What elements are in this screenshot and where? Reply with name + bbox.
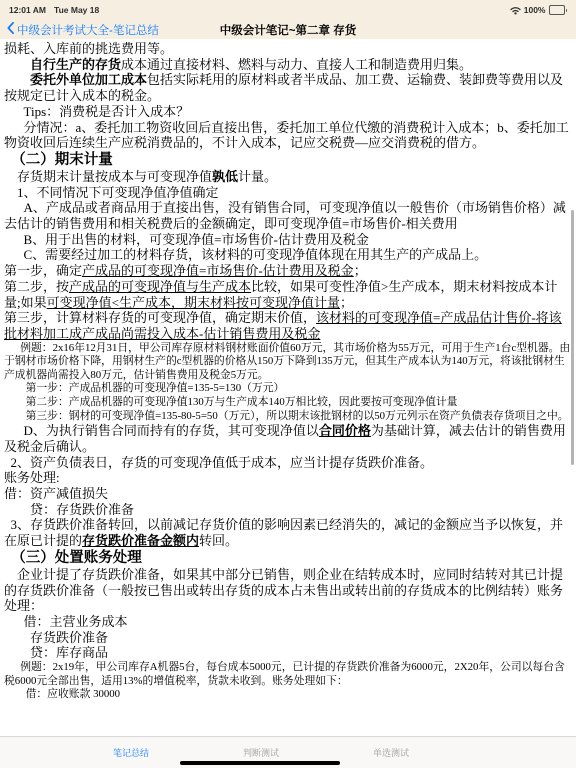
paragraph: 2、资产负债表日，存货的可变现净值低于成本，应当计提存货跌价准备。 (4, 455, 572, 471)
text-segment: （三）处置账务处理 (11, 550, 142, 566)
paragraph: 1、不同情况下可变现净值净值确定 (4, 185, 572, 201)
paragraph: 第二步：产成品机器的可变现净值130万与生产成本140万相比较，因此要按可变现净… (4, 396, 572, 410)
text-segment: 借：应收账款 30000 (26, 688, 120, 700)
page-title: 中级会计笔记~第二章 存货 (220, 22, 356, 38)
text-segment: 第二步：产成品机器的可变现净值130万与生产成本140万相比较，因此要按可变现净… (26, 396, 458, 408)
text-segment: 第一步，确定 (4, 263, 82, 278)
text-segment: ； (340, 295, 353, 310)
paragraph: 第一步，确定产成品的可变现净值=市场售价-估计费用及税金； (4, 263, 572, 279)
back-chevron-icon (7, 22, 14, 37)
text-segment: 合同价格 (319, 423, 371, 438)
paragraph: 贷：库存商品 (4, 645, 572, 661)
paragraph: 账务处理: (4, 470, 572, 486)
paragraph: 例题：2x19年，甲公司库存A机器5台，每台成本5000元，已计提的存货跌价准备… (4, 661, 572, 688)
text-segment: 1、不同情况下可变现净值净值确定 (17, 185, 219, 200)
text-segment: 例题：2x19年，甲公司库存A机器5台，每台成本5000元，已计提的存货跌价准备… (4, 661, 565, 687)
text-segment: 存货跌价准备 (30, 630, 108, 645)
paragraph: C、需要经过加工的材料存货，该材料的可变现净值体现在用其生产的产成品上。 (4, 247, 572, 263)
text-segment: B、用于出售的材料，可变现净值=市场售价-估计费用及税金 (24, 232, 369, 247)
paragraph: Tips：消费税是否计入成本？ (4, 104, 572, 120)
paragraph: 借：应收账款 30000 (4, 688, 572, 702)
paragraph: 第一步：产成品机器的可变现净值=135-5=130（万元） (4, 382, 572, 396)
scrollbar[interactable] (571, 210, 574, 465)
tab-judge-test[interactable]: 判断测试 (243, 746, 279, 759)
tab-notes[interactable]: 笔记总结 (113, 746, 149, 759)
paragraph: 3、存货跌价准备转回，以前减记存货价值的影响因素已经消失的，减记的金额应当予以恢… (4, 517, 572, 548)
paragraph: 存货期末计量按成本与可变现净值孰低计量。 (4, 169, 572, 185)
text-segment: 产成品的可变现净值=市场售价-估计费用及税金 (82, 263, 354, 278)
paragraph: 借：主营业务成本 (4, 614, 572, 630)
text-segment: A、产成品或者商品用于直接出售，没有销售合同，可变现净值以一般售价（市场销售价格… (4, 200, 566, 231)
text-segment: 贷：存货跌价准备 (30, 502, 134, 517)
paragraph: 借：资产减值损失 (4, 486, 572, 502)
text-segment: 自行生产的存货 (30, 57, 121, 72)
home-indicator[interactable] (180, 761, 340, 765)
text-segment: 成本通过直接材料、燃料与动力、直接人工和制造费用归集。 (121, 57, 472, 72)
paragraph: 委托外单位加工成本包括实际耗用的原材料或者半成品、加工费、运输费、装卸费等费用以… (4, 72, 572, 103)
paragraph: B、用于出售的材料，可变现净值=市场售价-估计费用及税金 (4, 232, 572, 248)
text-segment: C、需要经过加工的材料存货，该材料的可变现净值体现在用其生产的产成品上。 (24, 247, 488, 262)
text-segment: D、为执行销售合同而持有的存货，其可变现净值以 (24, 423, 319, 438)
text-segment: （二）期末计量 (11, 152, 113, 168)
paragraph: 第二步，按产成品的可变现净值与生产成本比较，如果可变性净值>生产成本，期末材料按… (4, 279, 572, 310)
paragraph: （三）处置账务处理 (4, 549, 572, 567)
paragraph: 损耗、入库前的挑选费用等。 (4, 41, 572, 57)
text-segment: 孰低 (212, 169, 238, 184)
paragraph: 企业计提了存货跌价准备，如果其中部分已销售，则企业在结转成本时，应同时结转对其已… (4, 567, 572, 614)
status-bar: 12:01 AM Tue May 18 100% (0, 0, 576, 18)
text-segment: 账务处理: (4, 470, 60, 485)
paragraph: 自行生产的存货成本通过直接材料、燃料与动力、直接人工和制造费用归集。 (4, 57, 572, 73)
paragraph: 第三步，计算材料存货的可变现净值，确定期末价值，该材料的可变现净值=产成品估计售… (4, 310, 572, 341)
paragraph: 贷：存货跌价准备 (4, 502, 572, 518)
text-segment: 转回。 (199, 533, 238, 548)
paragraph: （二）期末计量 (4, 151, 572, 169)
paragraph: 存货跌价准备 (4, 630, 572, 646)
text-segment: 可变现净值<生产成本，期末材料按可变现净值计量 (47, 295, 340, 310)
text-segment: 贷：库存商品 (30, 645, 108, 660)
battery-percent: 100% (524, 5, 546, 15)
status-date: Tue May 18 (54, 5, 99, 15)
text-segment: 计量。 (238, 169, 277, 184)
status-time: 12:01 AM (9, 5, 46, 15)
paragraph: D、为执行销售合同而持有的存货，其可变现净值以合同价格为基础计算，减去估计的销售… (4, 423, 572, 454)
paragraph: 例题：2x16年12月31日，甲公司库存原材料钢材账面价值60万元，其市场价格为… (4, 342, 572, 383)
text-segment: 委托外单位加工成本 (30, 72, 147, 87)
text-segment: 损耗、入库前的挑选费用等。 (4, 41, 173, 56)
text-segment: 分情况：a、委托加工物资收回后直接出售，委托加工单位代缴的消费税计入成本；b、委… (4, 120, 569, 151)
text-segment: 存货跌价准备金额内 (82, 533, 199, 548)
text-segment: 借：主营业务成本 (24, 614, 128, 629)
text-segment: 第一步：产成品机器的可变现净值=135-5=130（万元） (26, 382, 285, 394)
text-segment: 2、资产负债表日，存货的可变现净值低于成本，应当计提存货跌价准备。 (11, 455, 434, 470)
battery-icon (549, 5, 568, 15)
paragraph: A、产成品或者商品用于直接出售，没有销售合同，可变现净值以一般售价（市场销售价格… (4, 200, 572, 231)
text-segment: 例题：2x16年12月31日，甲公司库存原材料钢材账面价值60万元，其市场价格为… (4, 342, 570, 381)
note-content[interactable]: 损耗、入库前的挑选费用等。自行生产的存货成本通过直接材料、燃料与动力、直接人工和… (0, 39, 576, 737)
paragraph: 分情况：a、委托加工物资收回后直接出售，委托加工单位代缴的消费税计入成本；b、委… (4, 120, 572, 151)
text-segment: Tips：消费税是否计入成本？ (24, 104, 190, 119)
text-segment: 第二步，按 (4, 279, 69, 294)
paragraph: 第三步：钢材的可变现净值=135-80-5=50（万元），所以期末该批钢材的以5… (4, 410, 572, 424)
text-segment: 第三步，计算材料存货的可变现净值，确定期末价值， (4, 310, 316, 325)
text-segment: 产成品的可变现净值与生产成本 (69, 279, 251, 294)
text-segment: ； (354, 263, 367, 278)
text-segment: 企业计提了存货跌价准备，如果其中部分已销售，则企业在结转成本时，应同时结转对其已… (4, 567, 563, 613)
text-segment: 存货期末计量按成本与可变现净值 (17, 169, 212, 184)
text-segment: 第三步：钢材的可变现净值=135-80-5=50（万元），所以期末该批钢材的以5… (26, 410, 569, 422)
wifi-icon (510, 6, 521, 15)
tab-single-choice-test[interactable]: 单选测试 (373, 746, 409, 759)
back-button[interactable]: 中级会计考试大全-笔记总结 (7, 18, 159, 41)
text-segment: 借：资产减值损失 (4, 486, 108, 501)
back-button-label: 中级会计考试大全-笔记总结 (17, 22, 159, 38)
